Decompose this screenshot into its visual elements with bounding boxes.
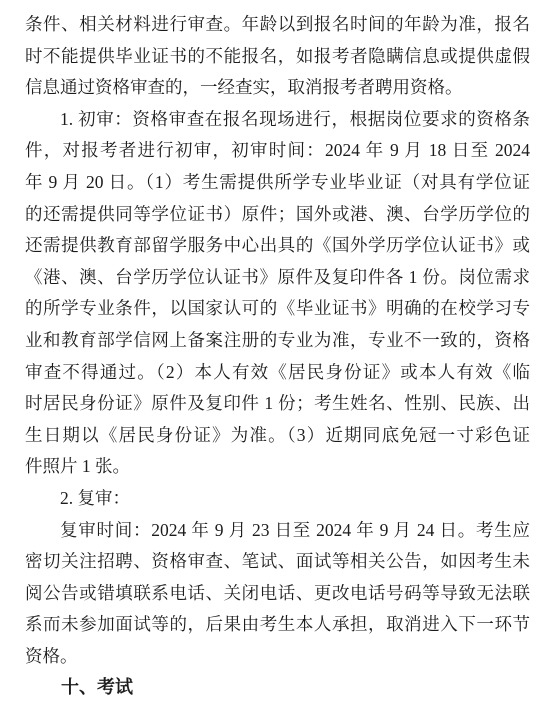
text-line: 时居民身份证》原件及复印件 1 份；考生姓名、性别、民族、出: [25, 388, 530, 420]
text-line: 阅公告或错填联系电话、关闭电话、更改电话号码等导致无法联: [25, 578, 530, 610]
text-line: 件照片 1 张。: [25, 451, 530, 483]
text-line: 《港、澳、台学历学位认证书》原件及复印件各 1 份。岗位需求: [25, 262, 530, 294]
text-line: 的所学专业条件，以国家认可的《毕业证书》明确的在校学习专: [25, 293, 530, 325]
text-line: 业和教育部学信网上备案注册的专业为准，专业不一致的，资格: [25, 325, 530, 357]
text-line: 年 9 月 20 日。（1）考生需提供所学专业毕业证（对具有学位证: [25, 167, 530, 199]
text-line-first-review: 1. 初审：资格审查在报名现场进行，根据岗位要求的资格条: [25, 104, 530, 136]
section-heading-exam: 十、考试: [25, 672, 530, 704]
text-line: 条件、相关材料进行审查。年龄以到报名时间的年龄为准，报名: [25, 9, 530, 41]
text-line: 资格。: [25, 641, 530, 673]
text-line: 的还需提供同等学位证书）原件；国外或港、澳、台学历学位的: [25, 199, 530, 231]
text-line: 密切关注招聘、资格审查、笔试、面试等相关公告，如因考生未: [25, 546, 530, 578]
text-line: 系而未参加面试等的，后果由考生本人承担，取消进入下一环节: [25, 609, 530, 641]
text-line: 审查不得通过。（2）本人有效《居民身份证》或本人有效《临: [25, 357, 530, 389]
text-line: 复审时间：2024 年 9 月 23 日至 2024 年 9 月 24 日。考生…: [25, 515, 530, 547]
text-line: 信息通过资格审查的，一经查实，取消报考者聘用资格。: [25, 72, 530, 104]
text-line: 生日期以《居民身份证》为准。（3）近期同底免冠一寸彩色证: [25, 420, 530, 452]
text-line: 时不能提供毕业证书的不能报名，如报考者隐瞒信息或提供虚假: [25, 41, 530, 73]
text-line-second-review: 2. 复审：: [25, 483, 530, 515]
document-page: 条件、相关材料进行审查。年龄以到报名时间的年龄为准，报名 时不能提供毕业证书的不…: [0, 0, 559, 723]
text-line: 件，对报考者进行初审，初审时间：2024 年 9 月 18 日至 2024: [25, 135, 530, 167]
text-line: 还需提供教育部留学服务中心出具的《国外学历学位认证书》或: [25, 230, 530, 262]
